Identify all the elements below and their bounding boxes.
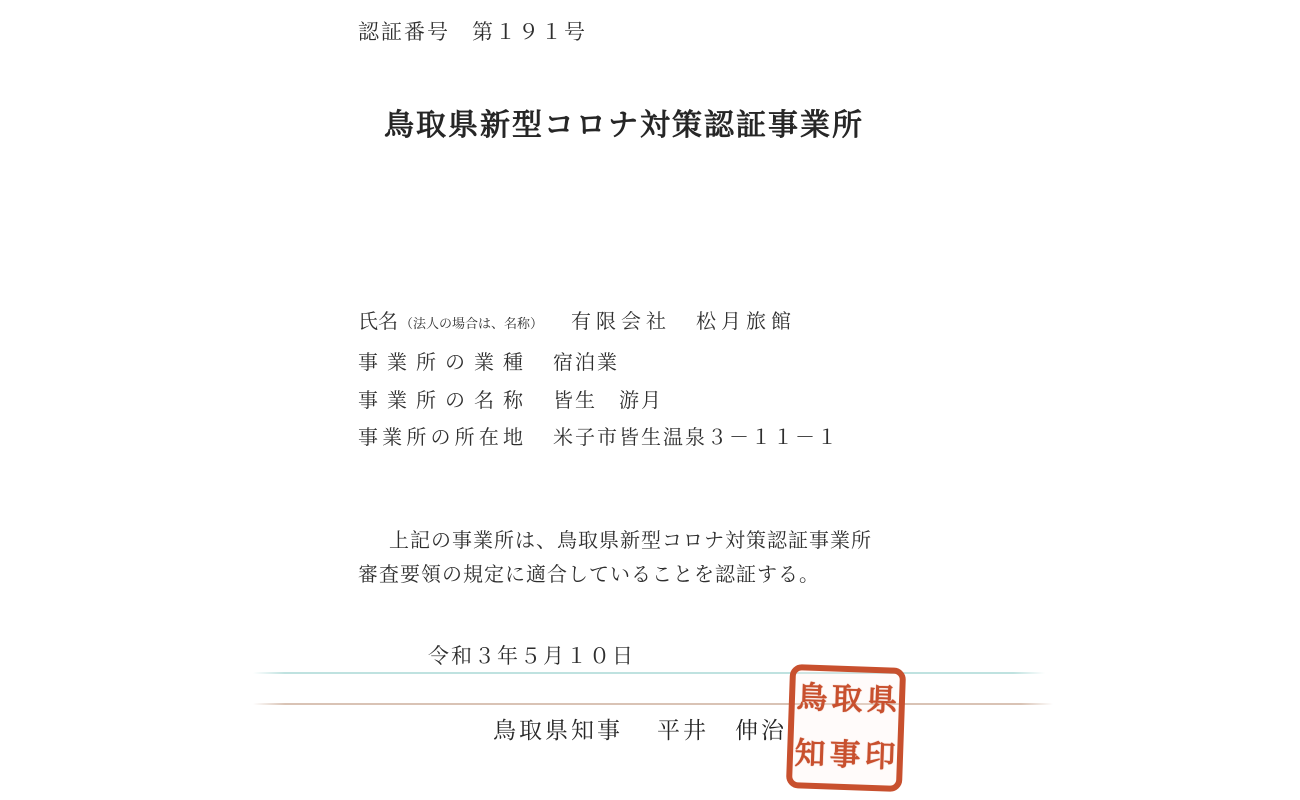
certificate-number-label: 認証番号: [358, 20, 450, 44]
field-value-business-name: 皆生 游月: [553, 384, 663, 413]
signature-line: 鳥取県知事 平井 伸治: [493, 712, 787, 745]
statement-line-2: 審査要領の規定に適合していることを認証する。: [358, 558, 872, 592]
seal-character: 知: [795, 739, 827, 771]
scan-fold-line-upper: [253, 672, 1045, 674]
certificate-title: 鳥取県新型コロナ対策認証事業所: [384, 100, 864, 144]
field-label-address: 事業所の所在地: [358, 421, 523, 450]
field-label-name: 氏名: [358, 305, 398, 334]
governor-seal: 鳥 取 県 知 事 印: [786, 664, 906, 792]
certificate-document: 認証番号第１９１号 鳥取県新型コロナ対策認証事業所 氏名 （法人の場合は、名称）…: [0, 0, 1300, 800]
field-label-industry: 事業所の業種: [358, 346, 523, 375]
signer-name: 平井 伸治: [657, 712, 787, 745]
statement-line-1: 上記の事業所は、鳥取県新型コロナ対策認証事業所: [358, 524, 872, 558]
certification-statement: 上記の事業所は、鳥取県新型コロナ対策認証事業所 審査要領の規定に適合していること…: [358, 524, 872, 592]
seal-character: 取: [831, 684, 863, 716]
certificate-number: 認証番号第１９１号: [358, 16, 587, 46]
certificate-date: 令和３年５月１０日: [428, 640, 635, 670]
seal-character: 鳥: [797, 683, 829, 715]
field-label-business-name: 事業所の名称: [358, 384, 523, 413]
field-row-address: 事業所の所在地 米子市皆生温泉３－１１－１: [358, 421, 839, 450]
field-row-business-name: 事業所の名称 皆生 游月: [358, 384, 663, 413]
signer-title: 鳥取県知事: [493, 712, 623, 745]
certificate-number-value: 第１９１号: [472, 20, 587, 44]
seal-character: 県: [866, 685, 898, 717]
field-value-industry: 宿泊業: [553, 346, 619, 375]
field-row-name: 氏名 （法人の場合は、名称） 有限会社 松月旅館: [358, 305, 796, 334]
field-note-corporate: （法人の場合は、名称）: [400, 313, 543, 332]
seal-character: 印: [864, 741, 896, 773]
scan-fold-line-lower: [253, 703, 1053, 705]
field-value-address: 米子市皆生温泉３－１１－１: [553, 421, 839, 450]
field-row-industry: 事業所の業種 宿泊業: [358, 346, 619, 375]
field-value-name: 有限会社 松月旅館: [571, 305, 796, 334]
seal-character: 事: [829, 740, 861, 772]
